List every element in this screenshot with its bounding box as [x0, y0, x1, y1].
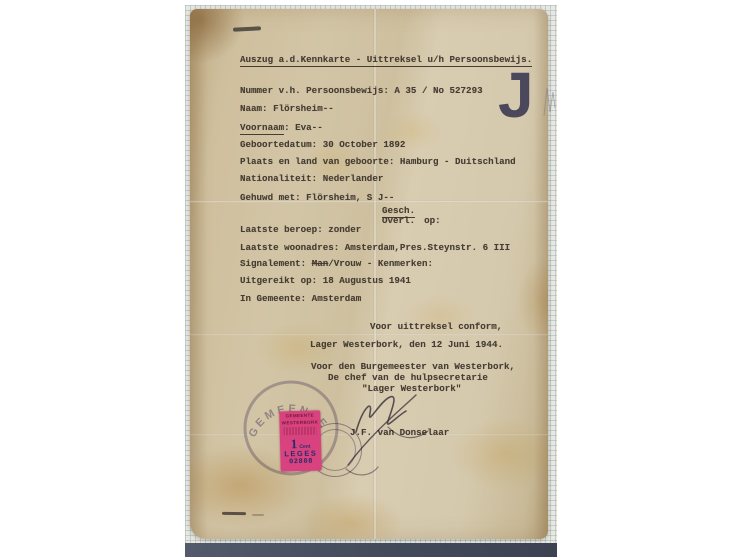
signature-stroke — [348, 395, 416, 465]
field-gehuwd: Gehuwd met: Flörsheim, S J-- — [240, 192, 394, 203]
revenue-stamp-serial: 02808 — [280, 457, 321, 466]
footer-place-date: Lager Westerbork, den 12 Juni 1944. — [310, 339, 503, 350]
signature-stroke — [346, 467, 378, 475]
field-signalement: Signalement: Man/Vrouw - Kenmerken: — [240, 258, 433, 269]
j-stamp: J — [498, 63, 534, 127]
revenue-stamp-line2: WESTERBORK — [279, 419, 320, 425]
field-voornaam-label: Voornaam — [240, 122, 284, 135]
revenue-stamp-line1: GEMEENTE — [279, 412, 320, 418]
signature-stroke — [388, 427, 428, 438]
horizontal-fold-line — [190, 333, 548, 336]
field-woonadres: Laatste woonadres: Amsterdam,Pres.Steyns… — [240, 242, 510, 253]
ink-mark — [252, 514, 264, 516]
field-signalement-struck: Man — [312, 258, 329, 269]
field-nummer: Nummer v.h. Persoonsbewijs: A 35 / No 52… — [240, 85, 483, 96]
field-geboortedatum: Geboortedatum: 30 October 1892 — [240, 139, 405, 150]
photo-of-document: Auszug a.d.Kennkarte - Uittreksel u/h Pe… — [0, 0, 740, 557]
ink-mark — [222, 512, 246, 515]
field-voornaam: Voornaam: Eva-- — [240, 122, 323, 133]
field-plaats: Plaats en land van geboorte: Hamburg - D… — [240, 156, 516, 167]
footer-conform: Voor uittreksel conform, — [370, 321, 502, 332]
revenue-stamp-pattern — [284, 427, 317, 436]
field-overl: Overl.op: — [382, 215, 441, 226]
field-nationaliteit: Nationaliteit: Nederlander — [240, 173, 383, 184]
field-signalement-rest: /Vrouw - Kenmerken: — [328, 258, 433, 269]
footer-burgemeester: Voor den Burgemeester van Westerbork, — [311, 361, 515, 372]
pencil-stroke — [544, 88, 555, 116]
document-title: Auszug a.d.Kennkarte - Uittreksel u/h Pe… — [240, 54, 532, 65]
field-overl-text: Overl. — [382, 215, 415, 226]
field-uitgereikt: Uitgereikt op: 18 Augustus 1941 — [240, 275, 411, 286]
field-beroep: Laatste beroep: zonder — [240, 224, 361, 235]
field-naam: Naam: Flörsheim-- — [240, 103, 334, 114]
field-signalement-label: Signalement: — [240, 258, 312, 269]
pen-mark — [233, 26, 261, 31]
footer-chef: De chef van de hulpsecretarie — [328, 372, 488, 383]
table-surface — [185, 543, 557, 557]
document-title-text: Auszug a.d.Kennkarte - Uittreksel u/h Pe… — [240, 54, 532, 67]
signature-scribble — [318, 387, 433, 487]
field-gemeente: In Gemeente: Amsterdam — [240, 293, 361, 304]
field-op-text: op: — [424, 215, 441, 226]
revenue-stamp: GEMEENTE WESTERBORK 1Cent LEGES 02808 — [279, 410, 322, 471]
document-paper: Auszug a.d.Kennkarte - Uittreksel u/h Pe… — [190, 9, 548, 539]
field-voornaam-value: : Eva-- — [284, 122, 323, 133]
pencil-scribble — [541, 82, 557, 122]
